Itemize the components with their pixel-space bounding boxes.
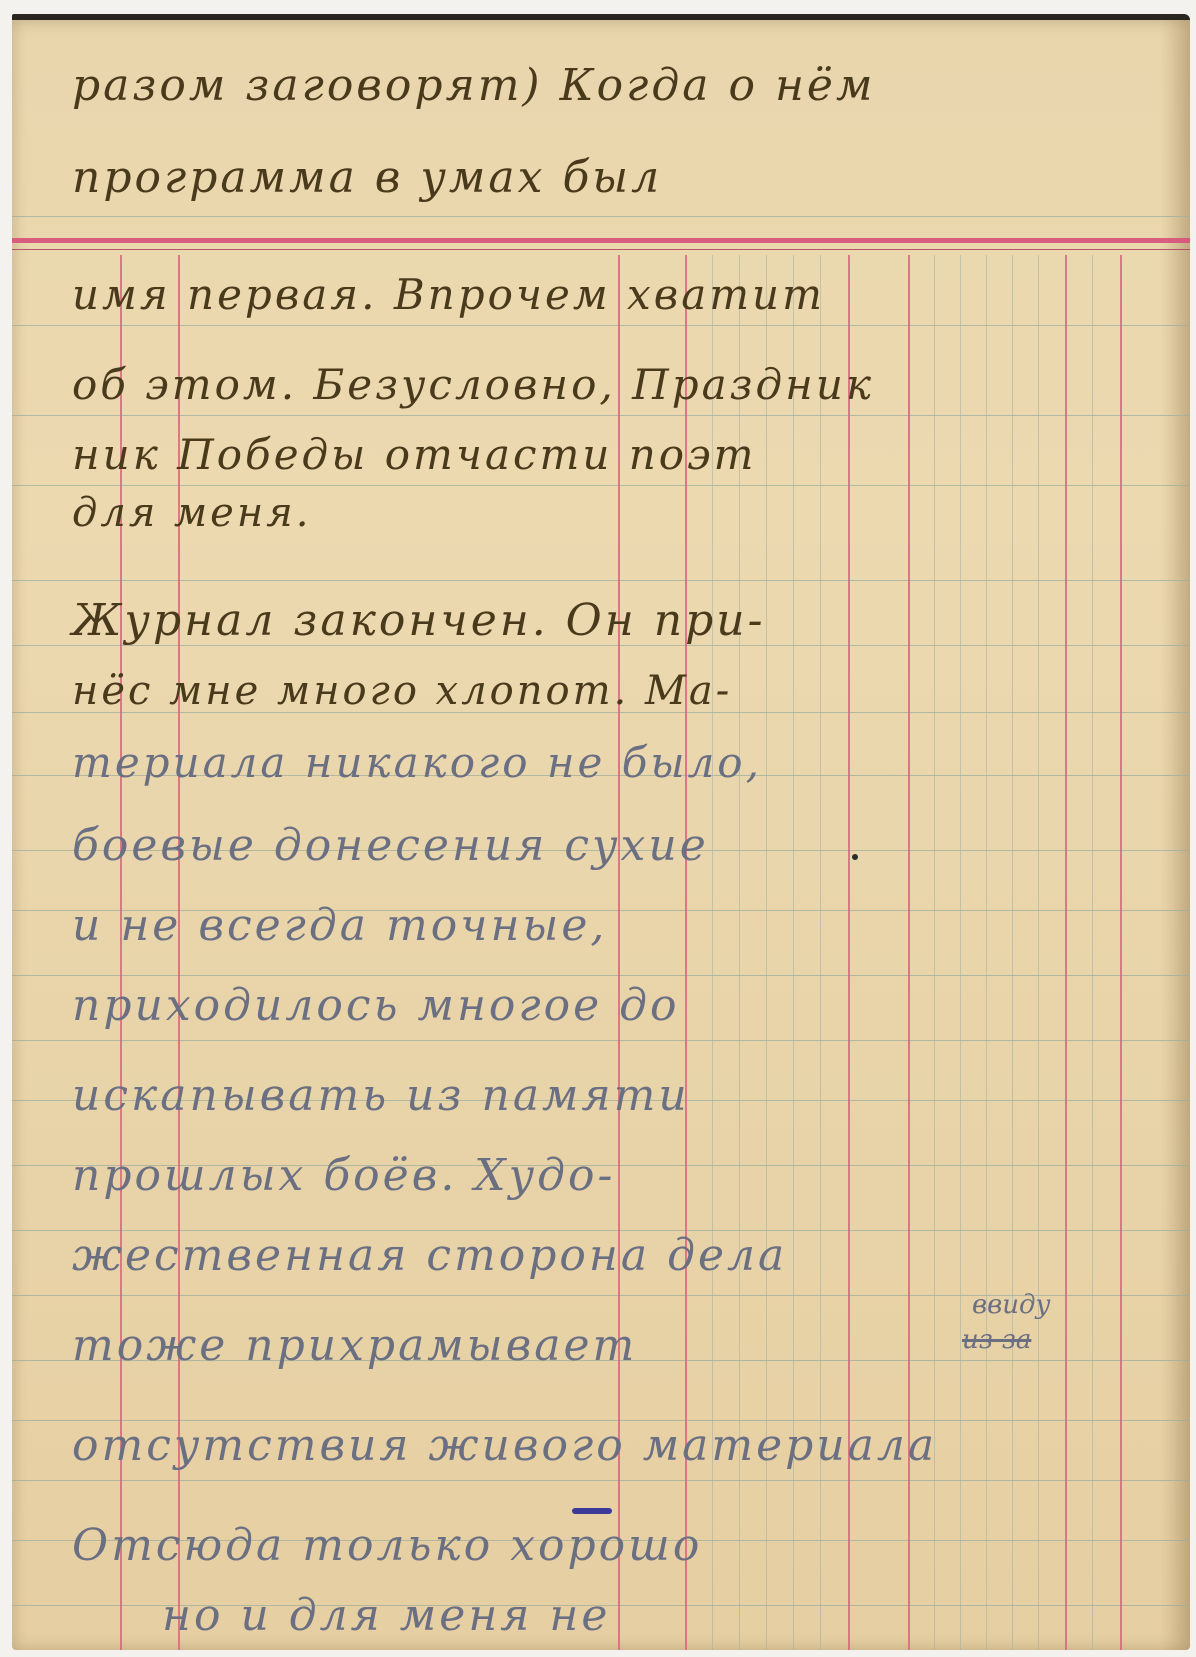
handwritten-line: имя первая. Впрочем хватит [72, 270, 825, 319]
grid-hline [12, 325, 1190, 326]
ink-spot [852, 854, 858, 860]
grid-hline [12, 580, 1190, 581]
grid-hline [12, 216, 1190, 217]
handwritten-line: тоже прихрамывает [72, 1320, 637, 1371]
handwritten-line: ник Победы отчасти поэт [72, 430, 756, 479]
inserted-correction: ввиду [972, 1290, 1051, 1320]
grid-hline [12, 975, 1190, 976]
handwritten-line: программа в умах был [72, 152, 662, 203]
handwritten-line: прошлых боёв. Худо- [72, 1150, 615, 1201]
handwritten-line: отсутствия живого материала [72, 1420, 937, 1471]
handwritten-line: боевые донесения сухие [72, 820, 709, 871]
handwritten-line: и не всегда точные, [72, 900, 607, 951]
handwritten-line: искапывать из памяти [72, 1070, 690, 1121]
grid-vline [960, 255, 961, 1650]
grid-hline [12, 485, 1190, 486]
notebook-page: разом заговорят) Когда о нём программа в… [12, 14, 1190, 1650]
handwritten-line: Отсюда только хорошо [72, 1520, 702, 1571]
grid-vline [986, 255, 987, 1650]
grid-vline [1012, 255, 1013, 1650]
blue-ink-mark [572, 1508, 612, 1514]
grid-vline [1038, 255, 1039, 1650]
handwritten-line: приходилось многое до [72, 980, 680, 1031]
grid-vline [1092, 255, 1093, 1650]
handwritten-line: жественная сторона дела [72, 1230, 787, 1281]
handwritten-line: об этом. Безусловно, Праздник [72, 360, 874, 409]
handwritten-line: но и для меня не [162, 1590, 610, 1641]
grid-hline [12, 1040, 1190, 1041]
handwritten-line: Журнал закончен. Он при- [72, 595, 765, 646]
grid-hline [12, 1480, 1190, 1481]
handwritten-line: нёс мне много хлопот. Ма- [72, 668, 732, 714]
handwritten-line: для меня. [72, 490, 311, 536]
red-column-line [1120, 255, 1122, 1650]
handwritten-line: разом заговорят) Когда о нём [72, 60, 875, 111]
header-red-rule-thin [12, 249, 1190, 250]
page-edge-shadow [1160, 20, 1190, 1650]
handwritten-line: териала никакого не было, [72, 738, 762, 787]
struck-out-word: из-за [962, 1325, 1031, 1355]
red-column-line [1065, 255, 1067, 1650]
grid-hline [12, 415, 1190, 416]
header-red-rule [12, 238, 1190, 243]
